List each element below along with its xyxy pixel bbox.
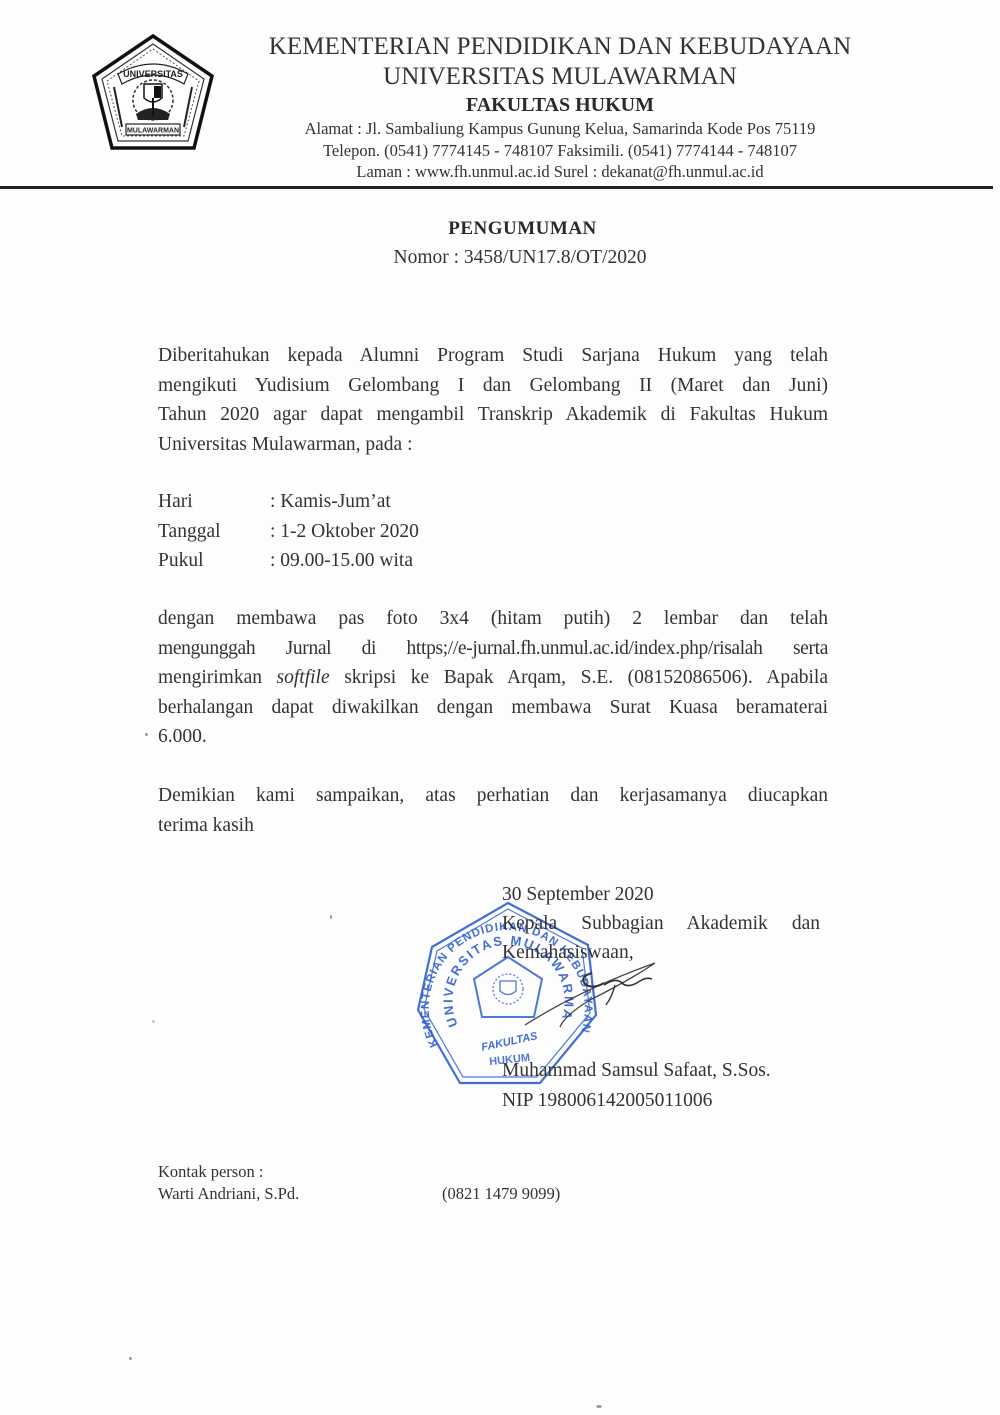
ministry-name: KEMENTERIAN PENDIDIKAN DAN KEBUDAYAAN — [250, 33, 870, 61]
contact-label: Kontak person : — [158, 1162, 263, 1182]
scan-speck — [596, 1405, 602, 1408]
paragraph-line: mengikuti Yudisium Gelombang I dan Gelom… — [158, 371, 828, 401]
faculty-name: FAKULTAS HUKUM — [250, 94, 870, 117]
address: Alamat : Jl. Sambaliung Kampus Gunung Ke… — [250, 119, 870, 139]
svg-text:MULAWARMAN: MULAWARMAN — [127, 128, 179, 135]
scan-speck — [330, 915, 332, 919]
schedule-label: Hari — [158, 487, 270, 517]
schedule: Hari : Kamis-Jum’at Tanggal : 1-2 Oktobe… — [158, 487, 419, 576]
web-email: Laman : www.fh.unmul.ac.id Surel : dekan… — [250, 162, 870, 182]
scan-speck — [145, 733, 148, 736]
paragraph-line: berhalangan dapat diwakilkan dengan memb… — [158, 693, 828, 723]
svg-text:UNIVERSITAS: UNIVERSITAS — [123, 69, 183, 79]
text-run: mengirimkan — [158, 667, 277, 688]
signature-date: 30 September 2020 — [502, 884, 822, 906]
intro-paragraph: Diberitahukan kepada Alumni Program Stud… — [158, 341, 828, 459]
signatory-position: Kepala Subbagian Akademik dan — [502, 913, 822, 935]
paragraph-line: Diberitahukan kepada Alumni Program Stud… — [158, 341, 828, 371]
paragraph-line: Demikian kami sampaikan, atas perhatian … — [158, 781, 828, 811]
paragraph-line: mengirimkan softfile skripsi ke Bapak Ar… — [158, 663, 828, 693]
paragraph-line: Universitas Mulawarman, pada : — [158, 430, 828, 460]
scan-speck — [129, 1357, 132, 1360]
phone-fax: Telepon. (0541) 7774145 - 748107 Faksimi… — [250, 141, 870, 161]
paragraph-line: 6.000. — [158, 722, 828, 752]
requirements-paragraph: dengan membawa pas foto 3x4 (hitam putih… — [158, 604, 828, 752]
text-run: skripsi ke Bapak Arqam, S.E. (0815208650… — [330, 667, 828, 688]
paragraph-line: terima kasih — [158, 811, 828, 841]
schedule-value: : Kamis-Jum’at — [270, 487, 391, 517]
schedule-label: Pukul — [158, 546, 270, 576]
university-crest-icon: UNIVERSITAS MULAWARMAN — [88, 32, 218, 157]
handwritten-signature-icon — [520, 955, 670, 1030]
signatory-nip: NIP 198006142005011006 — [502, 1090, 822, 1112]
schedule-row-date: Tanggal : 1-2 Oktober 2020 — [158, 517, 419, 547]
announcement-title: PENGUMUMAN — [360, 218, 685, 240]
signatory-name: Muhammad Samsul Safaat, S.Sos. — [502, 1060, 822, 1082]
paragraph-line: mengunggah Jurnal di https;//e-jurnal.fh… — [158, 634, 828, 664]
schedule-value: : 09.00-15.00 wita — [270, 546, 413, 576]
position-line: Kepala Subbagian Akademik dan — [502, 913, 820, 935]
scan-speck — [152, 1020, 155, 1023]
schedule-row-time: Pukul : 09.00-15.00 wita — [158, 546, 419, 576]
schedule-value: : 1-2 Oktober 2020 — [270, 517, 419, 547]
svg-text:FAKULTAS: FAKULTAS — [480, 1030, 539, 1054]
contact-phone: (0821 1479 9099) — [442, 1184, 560, 1204]
closing-paragraph: Demikian kami sampaikan, atas perhatian … — [158, 781, 828, 840]
schedule-label: Tanggal — [158, 517, 270, 547]
paragraph-line: Tahun 2020 agar dapat mengambil Transkri… — [158, 400, 828, 430]
announcement-number: Nomor : 3458/UN17.8/OT/2020 — [340, 247, 700, 269]
letterhead-divider — [0, 186, 993, 189]
italic-term: softfile — [277, 667, 330, 688]
schedule-row-day: Hari : Kamis-Jum’at — [158, 487, 419, 517]
contact-name: Warti Andriani, S.Pd. — [158, 1184, 299, 1204]
university-name: UNIVERSITAS MULAWARMAN — [250, 63, 870, 91]
paragraph-line: dengan membawa pas foto 3x4 (hitam putih… — [158, 604, 828, 634]
